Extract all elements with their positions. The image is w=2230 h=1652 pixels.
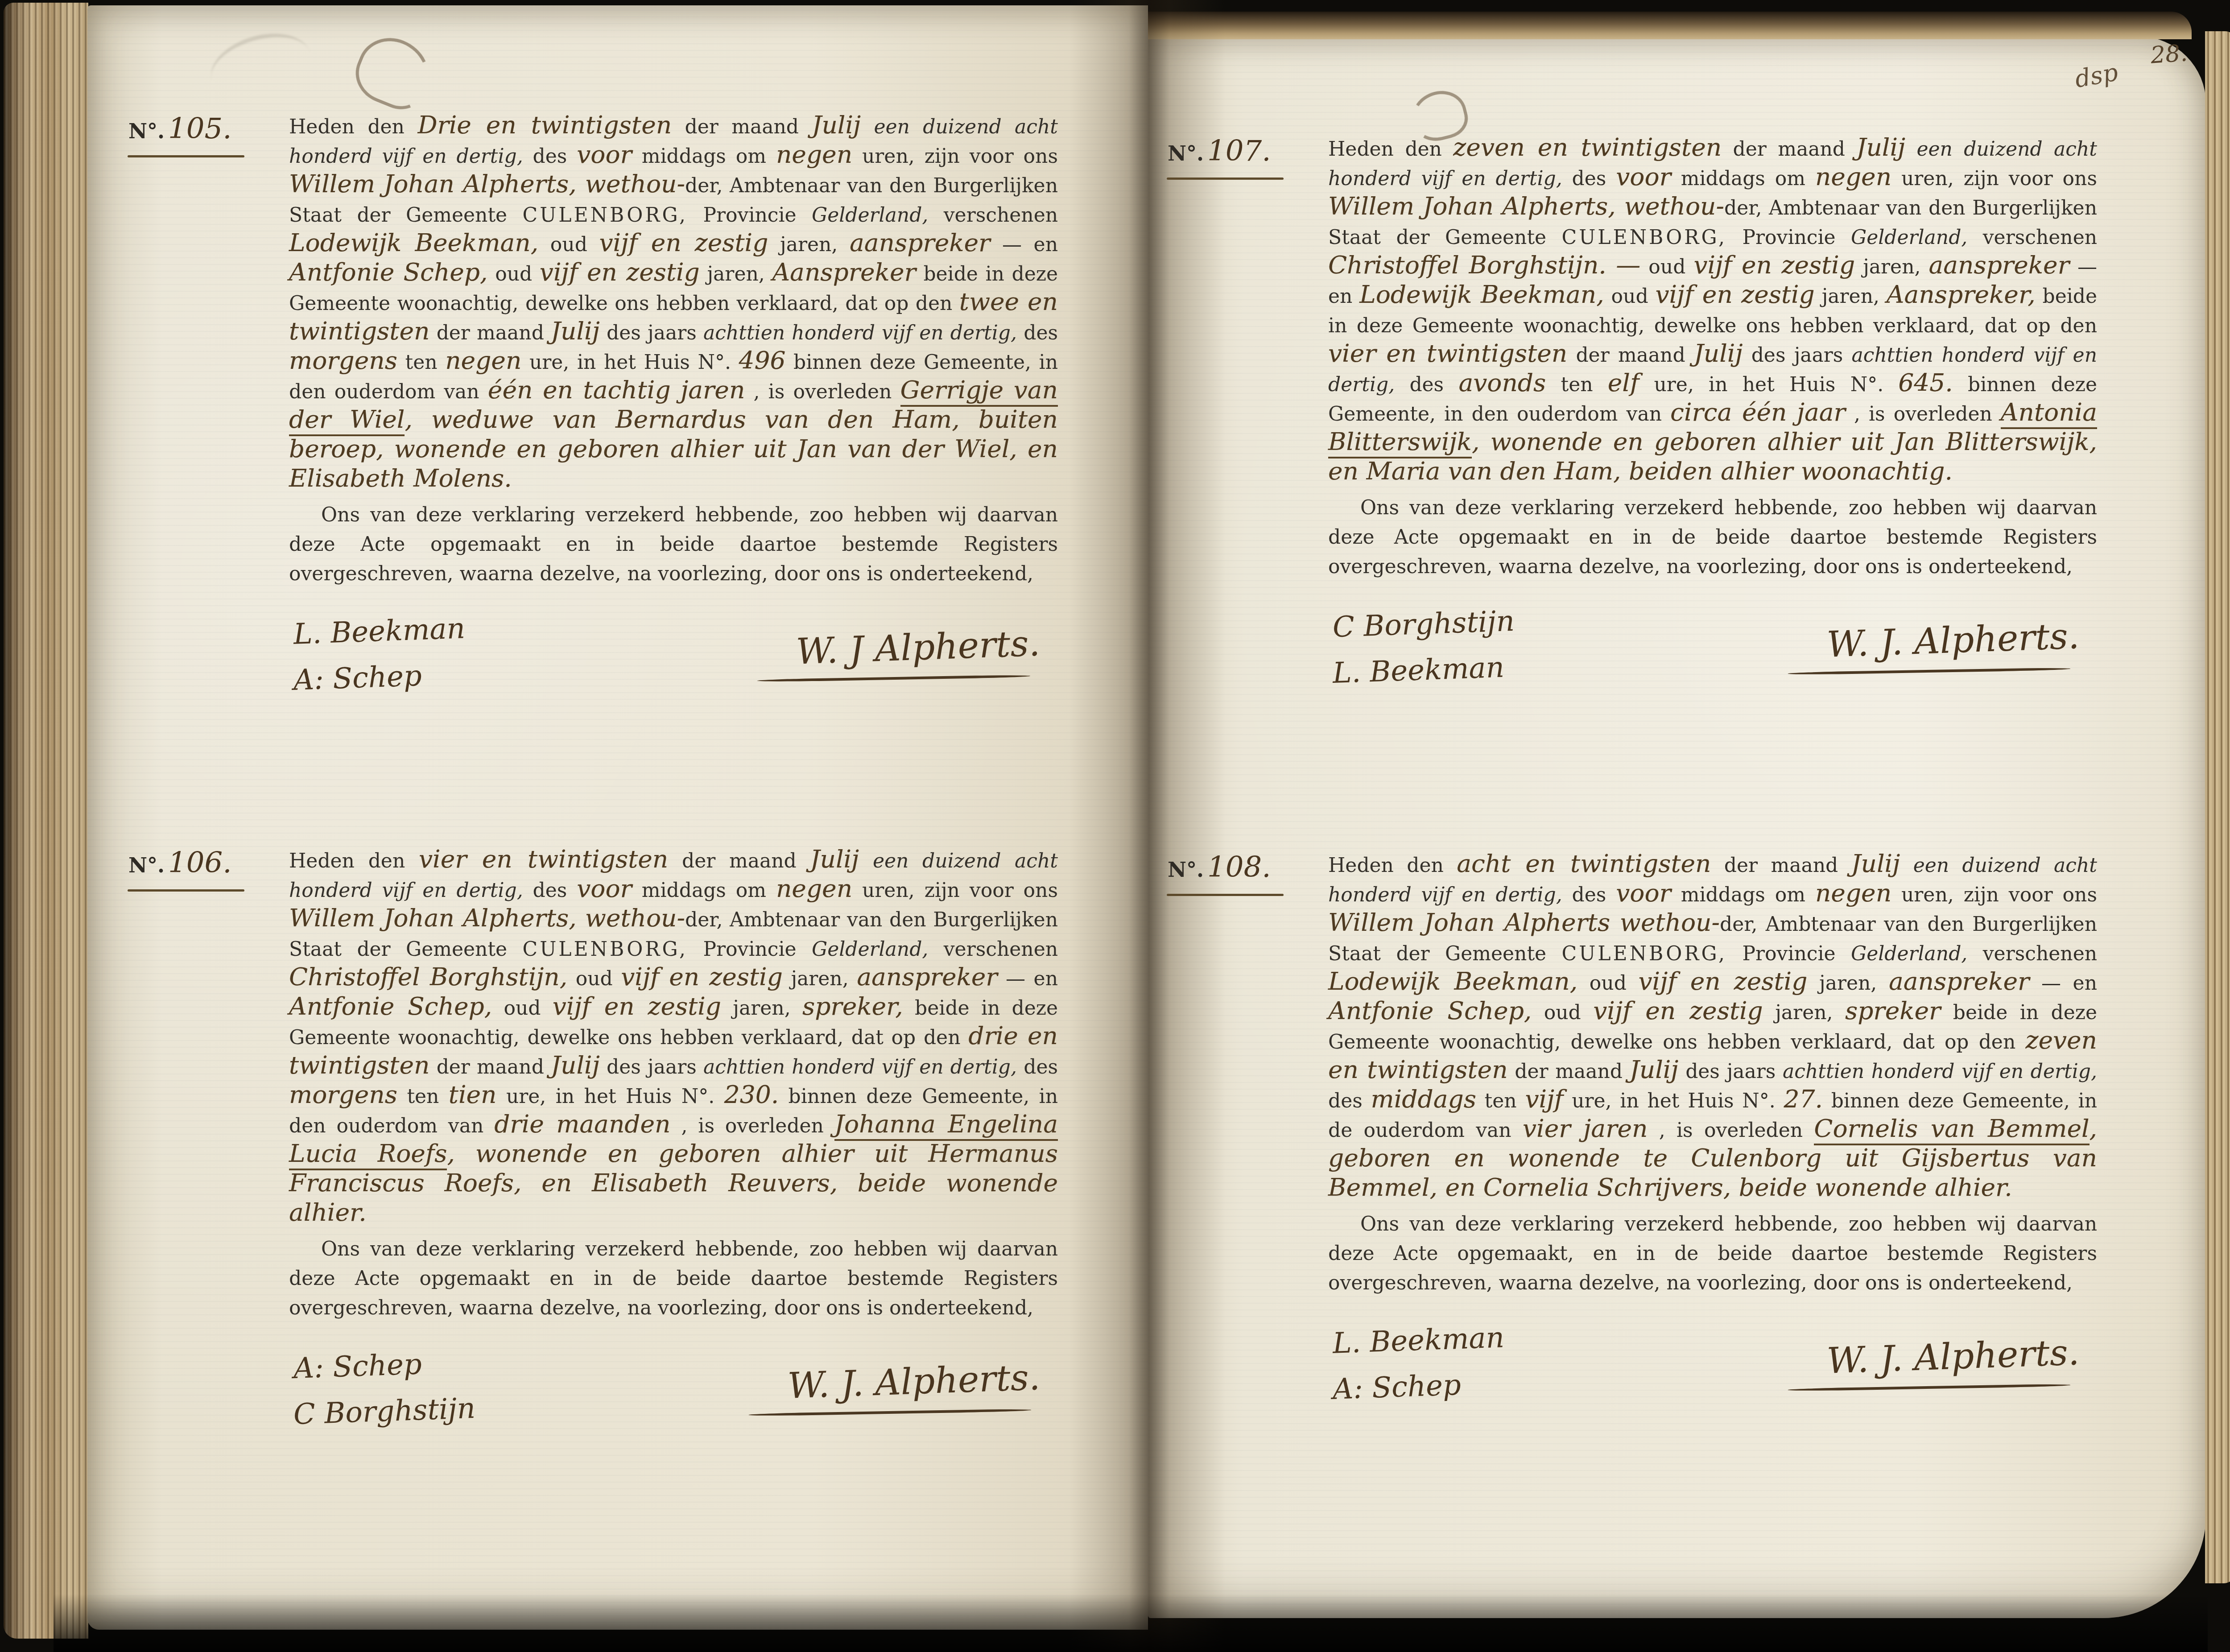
printed-text: oud [492,997,553,1020]
official-signature: W. J. Alpherts. [1826,616,2080,665]
record-number-label: N°.106. [128,848,276,881]
printed-text: oud [488,263,540,285]
printed-text: — en [2029,972,2097,995]
handwritten-text: spreker [1845,996,1941,1025]
handwritten-text: vier jaren [1523,1114,1648,1143]
handwritten-text: negen [776,874,852,903]
death-record: N°.108. Heden den acht en twintigsten de… [1328,851,2097,1404]
printed-text [1905,138,1916,161]
handwritten-text: Antfonie Schep, [1328,996,1532,1025]
handwritten-text: Cornelis van Bemmel [1814,1114,2089,1145]
handwritten-text: voor [577,874,632,903]
printed-text: jaren, [721,997,802,1020]
printed-text: ure, in het Huis N°. [497,1085,724,1108]
printed-text: Provincie [688,204,812,227]
record-number-prefix: N°. [1168,858,1204,882]
printed-text: achttien honderd vijf en dertig, [703,1056,1017,1078]
record-closing: Ons van deze verklaring verzekerd hebben… [289,500,1058,589]
printed-text: jaren, [1815,285,1887,308]
record-number-underline [1167,178,1284,180]
death-record: N°.105. Heden den Drie en twintigsten de… [289,112,1058,695]
handwritten-text: Julij [551,1051,600,1079]
handwritten-text: negen [1815,879,1891,907]
record-closing: Ons van deze verklaring verzekerd hebben… [289,1235,1058,1323]
printed-text: des [1562,167,1616,190]
handwritten-text: circa één jaar [1670,398,1846,426]
handwritten-text: vijf en zestig [599,228,768,257]
handwritten-text: zeven en twintigsten [1453,133,1722,161]
handwritten-text: spreker, [802,992,903,1020]
handwritten-text: tien [449,1080,497,1109]
printed-text: ure, in het Huis N°. [1639,373,1898,396]
printed-text: des jaars [600,322,703,344]
printed-text: des jaars [1743,344,1851,367]
printed-text: Gelderland, [812,938,928,961]
official-signature: W. J Alpherts. [796,624,1041,671]
record-number: 107. [1204,135,1271,168]
handwritten-text: Drie en twintigsten [417,111,672,139]
printed-text [861,116,874,138]
printed-text: Heden den [1328,138,1453,161]
printed-text: des [1017,322,1058,344]
handwritten-text: 496 [739,346,786,375]
printed-text: — en [990,233,1058,256]
printed-text: uren, zijn voor ons [852,879,1058,902]
printed-text: der maand [1508,1060,1630,1083]
printed-text: CULENBORG, [1562,226,1727,249]
scanned-register-spread: dsp 28. N°.105. Heden den Drie en twinti… [0,0,2230,1652]
printed-text: jaren, [768,233,850,256]
printed-text: oud [1640,256,1693,278]
handwritten-text: Antfonie Schep, [289,258,488,286]
official-signature: W. J. Alpherts. [787,1358,1041,1406]
printed-text: der maand [672,116,812,138]
handwritten-text: vijf en zestig [1638,967,1807,995]
handwritten-text: Willem Johan Alpherts, wethou- [1328,192,1724,220]
handwritten-text: voor [1616,879,1671,907]
record-signatures: L. BeekmanA: Schep W. J. Alpherts. [1328,1324,2097,1404]
printed-text: oud [538,233,599,256]
witness-signatures: L. BeekmanA: Schep [1328,1324,1504,1404]
right-page-top-edge [1148,12,2192,39]
book-left-page-edges [4,3,88,1639]
printed-text: verschenen [1967,226,2097,249]
printed-text: Heden den [289,850,419,872]
handwritten-text: Antfonie Schep, [289,992,492,1020]
record-number-underline [128,155,244,157]
handwritten-text: negen [776,140,852,169]
handwritten-text: Aanspreker, [1887,280,2036,309]
record-number: 106. [165,847,232,880]
handwritten-text: Lodewijk Beekman, [289,228,538,257]
record-number-underline [128,889,244,892]
handwritten-text: , weduwe van Bernardus van den Ham, buit… [289,405,1058,492]
printed-text: , is overleden [745,380,900,403]
printed-text: der maand [1722,138,1856,161]
handwritten-text: negen [445,346,521,375]
official-signature: W. J. Alpherts. [1826,1333,2080,1381]
printed-text: des [1017,1056,1058,1078]
printed-text: middags om [1671,167,1815,190]
handwritten-text: elf [1608,368,1639,397]
handwritten-text: vijf en zestig [1593,996,1763,1025]
printed-text: , is overleden [1846,403,2001,425]
record-number-prefix: N°. [128,853,165,877]
printed-text: des jaars [600,1056,703,1078]
handwritten-text: Lodewijk Beekman, [1359,280,1604,309]
printed-text: verschenen [1967,942,2097,965]
witness-signature: A: Schep [293,1346,476,1386]
record-number: 108. [1204,851,1271,884]
handwritten-text: morgens [289,1080,397,1109]
witness-signature: C Borghstijn [1332,604,1515,645]
handwritten-text: acht en twintigsten [1457,849,1711,878]
record-number: 105. [165,112,232,145]
handwritten-text: vijf en zestig [540,258,700,286]
handwritten-text: 230. [724,1080,779,1109]
book-right-page-edges [2205,31,2230,1583]
printed-text: middags om [632,879,776,902]
handwritten-text: Julij [810,845,859,873]
handwritten-text: aanspreker [1929,251,2069,279]
record-body: Heden den vier en twintigsten der maand … [289,847,1058,1229]
handwritten-text: voor [1616,162,1671,191]
handwritten-text: aanspreker [850,228,990,257]
witness-signatures: C BorghstijnL. Beekman [1328,607,1515,688]
record-closing: Ons van deze verklaring verzekerd hebben… [1328,493,2097,582]
handwritten-text: Willem Johan Alpherts, wethou- [289,904,685,932]
witness-signature: L. Beekman [293,611,466,652]
printed-text: des [1328,1090,1371,1112]
witness-signature: C Borghstijn [293,1392,476,1432]
printed-text [859,850,873,872]
handwritten-text: morgens [289,346,397,375]
handwritten-text: vier en twintigsten [1328,339,1567,368]
printed-text: verschenen [928,938,1058,961]
printed-text: ten [397,1085,449,1108]
printed-text: oud [1532,1001,1593,1024]
handwritten-text: Christoffel Borghstijn. — [1328,251,1640,279]
printed-text: jaren, [700,263,772,285]
handwritten-text: Julij [1851,849,1900,878]
printed-text: des [523,145,577,168]
witness-signature: L. Beekman [1332,1321,1505,1361]
printed-text: ure, in het Huis N°. [1563,1090,1784,1112]
record-number-label: N°.105. [128,114,276,147]
record-body: Heden den acht en twintigsten der maand … [1328,851,2097,1204]
printed-text: Heden den [289,116,417,138]
witness-signatures: A: SchepC Borghstijn [289,1349,475,1429]
handwritten-text: aanspreker [857,962,997,991]
record-signatures: A: SchepC Borghstijn W. J. Alpherts. [289,1349,1058,1429]
handwritten-text: middags [1371,1085,1476,1113]
printed-text: der maand [1567,344,1694,367]
record-signatures: C BorghstijnL. Beekman W. J. Alpherts. [1328,607,2097,688]
witness-signature: A: Schep [293,657,466,698]
handwritten-text: vijf en zestig [1655,280,1814,309]
printed-text: Heden den [1328,854,1457,877]
printed-text: des [1395,373,1458,396]
handwritten-text: voor [577,140,632,169]
handwritten-text: vijf en zestig [553,992,721,1020]
printed-text: Provincie [1727,226,1851,249]
printed-text: achttien honderd vijf en dertig, [703,322,1017,344]
witness-signature: A: Schep [1332,1367,1505,1407]
handwritten-text: Julij [1694,339,1743,368]
witness-signature: L. Beekman [1332,650,1515,691]
handwritten-text: Lodewijk Beekman, [1328,967,1578,995]
printed-text: — en [998,967,1058,990]
printed-text: des [1562,884,1616,906]
printed-text: oud [567,967,621,990]
printed-text: oud [1578,972,1638,995]
handwritten-text: Aanspreker [772,258,916,286]
printed-text: uren, zijn voor ons [1891,884,2097,906]
witness-signatures: L. BeekmanA: Schep [289,615,465,695]
printed-text: verschenen [928,204,1058,227]
record-body: Heden den zeven en twintigsten der maand… [1328,135,2097,488]
printed-text: Gelderland, [812,204,928,227]
printed-text: des jaars [1678,1060,1783,1083]
handwritten-text: 645. [1898,368,1953,397]
printed-text: CULENBORG, [523,938,688,961]
printed-text: ten [1546,373,1608,396]
printed-text: ten [1476,1090,1525,1112]
printed-text: jaren, [783,967,857,990]
record-number-underline [1167,894,1284,896]
record-signatures: L. BeekmanA: Schep W. J Alpherts. [289,615,1058,695]
printed-text: Provincie [688,938,812,961]
handwritten-text: Christoffel Borghstijn, [289,962,567,991]
printed-text: der maand [1711,854,1851,877]
handwritten-text: vier en twintigsten [419,845,668,873]
printed-text: CULENBORG, [523,204,688,227]
printed-text: oud [1604,285,1656,308]
printed-text: uren, zijn voor ons [1891,167,2097,190]
record-number-prefix: N°. [128,119,165,143]
printed-text: der maand [429,1056,551,1078]
printed-text: achttien honderd vijf en dertig, [1783,1060,2097,1083]
printed-text: Gelderland, [1851,226,1967,249]
printed-text: jaren, [1807,972,1889,995]
printed-text: der maand [668,850,810,872]
printed-text: middags om [632,145,776,168]
printed-text: middags om [1671,884,1815,906]
record-closing: Ons van deze verklaring verzekerd hebben… [1328,1210,2097,1298]
handwritten-text: Willem Johan Alpherts, wethou- [289,169,685,198]
handwritten-text: Julij [1856,133,1905,161]
printed-text: ure, in het Huis N°. [521,351,739,374]
death-record: N°.106. Heden den vier en twintigsten de… [289,847,1058,1429]
handwritten-text: avonds [1458,368,1546,397]
handwritten-text: één en tachtig jaren [488,376,745,404]
record-number-prefix: N°. [1168,141,1204,165]
handwritten-text: Willem Johan Alpherts wethou- [1328,908,1720,937]
printed-text: CULENBORG, [1562,942,1727,965]
handwritten-text: drie maanden [494,1110,670,1138]
handwritten-text: vijf [1525,1085,1563,1113]
death-record: N°.107. Heden den zeven en twintigsten d… [1328,135,2097,688]
record-number-label: N°.108. [1168,853,1315,885]
printed-text: des [523,879,577,902]
printed-text: , is overleden [1648,1119,1814,1142]
printed-text [1900,854,1913,877]
handwritten-text: vijf en zestig [621,962,783,991]
handwritten-text: Julij [1630,1055,1679,1084]
handwritten-text: 27. [1784,1085,1823,1113]
page-number: 28. [2150,40,2189,69]
printed-text: der maand [429,322,551,344]
printed-text: , is overleden [671,1115,834,1137]
printed-text: jaren, [1763,1001,1845,1024]
handwritten-text: vijf en zestig [1693,251,1855,279]
handwritten-text: negen [1815,162,1891,191]
handwritten-text: aanspreker [1889,967,2029,995]
handwritten-text: Julij [812,111,861,139]
printed-text: ten [397,351,445,374]
record-body: Heden den Drie en twintigsten der maand … [289,112,1058,495]
record-number-label: N°.107. [1168,136,1315,169]
printed-text: jaren, [1855,256,1929,278]
handwritten-text: Julij [551,317,600,345]
printed-text: Provincie [1727,942,1851,965]
printed-text: uren, zijn voor ons [852,145,1058,168]
printed-text: Gelderland, [1851,942,1967,965]
